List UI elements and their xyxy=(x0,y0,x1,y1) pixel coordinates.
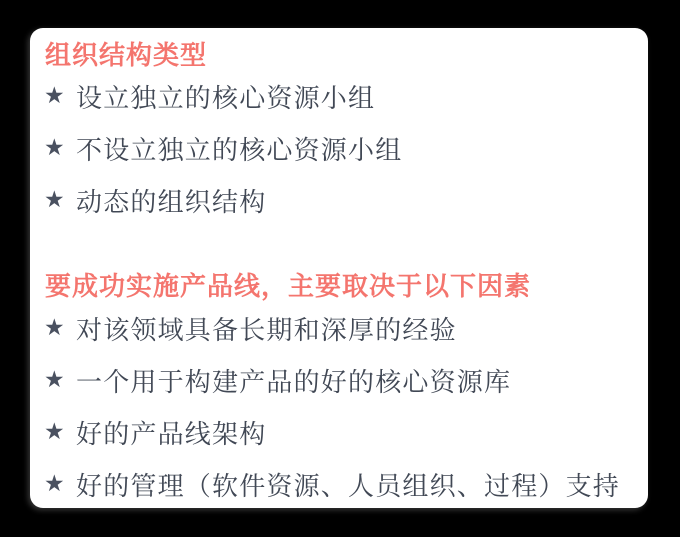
list-item-text: 不设立独立的核心资源小组 xyxy=(76,130,402,167)
star-bullet-icon: ★ xyxy=(44,420,76,443)
list-item: ★ 好的产品线架构 xyxy=(44,406,636,458)
list-item-text: 好的产品线架构 xyxy=(76,414,266,451)
list-item: ★ 好的管理（软件资源、人员组织、过程）支持 xyxy=(44,458,636,508)
list-item-text: 好的管理（软件资源、人员组织、过程）支持 xyxy=(76,466,620,503)
list-item: ★ 设立独立的核心资源小组 xyxy=(44,70,636,122)
star-bullet-icon: ★ xyxy=(44,188,76,211)
list-item-text: 一个用于构建产品的好的核心资源库 xyxy=(76,362,511,399)
list-item-text: 动态的组织结构 xyxy=(76,182,266,219)
star-bullet-icon: ★ xyxy=(44,472,76,495)
list-item: ★ 不设立独立的核心资源小组 xyxy=(44,122,636,174)
star-bullet-icon: ★ xyxy=(44,84,76,107)
notes-card: 组织结构类型 ★ 设立独立的核心资源小组 ★ 不设立独立的核心资源小组 ★ 动态… xyxy=(30,28,648,508)
section-title-org-structure: 组织结构类型 xyxy=(44,40,636,70)
list-item-text: 对该领域具备长期和深厚的经验 xyxy=(76,310,457,347)
section-title-product-line-success: 要成功实施产品线，主要取决于以下因素 xyxy=(44,270,636,302)
list-item-text: 设立独立的核心资源小组 xyxy=(76,78,375,115)
star-bullet-icon: ★ xyxy=(44,368,76,391)
star-bullet-icon: ★ xyxy=(44,316,76,339)
list-item: ★ 动态的组织结构 xyxy=(44,174,636,226)
list-item: ★ 对该领域具备长期和深厚的经验 xyxy=(44,302,636,354)
star-bullet-icon: ★ xyxy=(44,136,76,159)
list-item: ★ 一个用于构建产品的好的核心资源库 xyxy=(44,354,636,406)
